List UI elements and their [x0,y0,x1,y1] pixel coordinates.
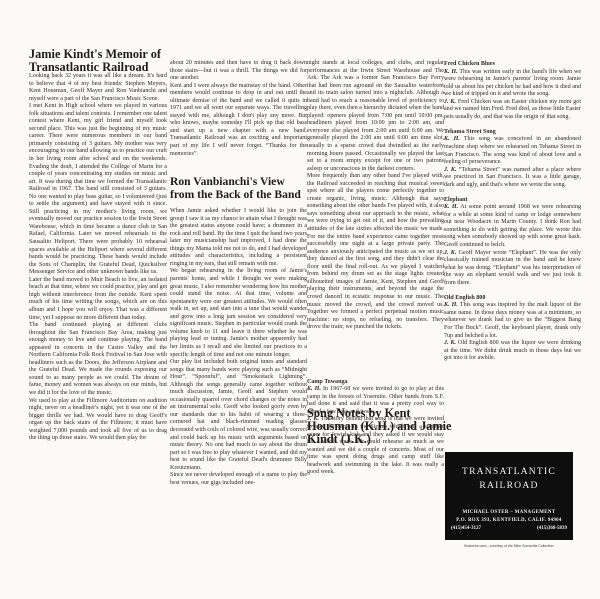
memoir-paragraph: We used to play at the Fillmore Auditori… [29,398,167,443]
memoir-paragraph: I met Kent in High school where we playe… [29,103,167,277]
author-initials: K. H. [307,386,321,392]
card-manager: MICHAEL OSTER – MANAGEMENT [445,510,573,515]
memoir-paragraph: The band continued playing at different … [29,322,167,397]
song-note: J. K. Geoff Mayer wrote “Elephant”. He w… [444,250,581,288]
view-paragraph: Our play list included both original tun… [170,359,307,472]
author-initials: J. K. [444,167,456,173]
card-phone-1: (415)454-3127 [451,526,481,531]
song-notes-heading: Song Notes by Kent Housman (K.H.) and Ja… [307,407,452,446]
note-text: Geoff Mayer wrote “Elephant”. He was the… [444,250,581,286]
song-note: J. K. Old English 800 was the liquor we … [444,340,581,363]
song-title: Tehama Street Song [444,129,581,137]
song-note: J. K. “Tehama Street” was named after a … [444,167,581,190]
author-initials: K. H. [444,69,458,75]
liner-notes-page: Jamie Kindt's Memoir of Transatlantic Ra… [0,0,600,599]
column-2: about 20 minutes and then have to drag i… [170,60,307,487]
memoir-paragraph: Later the band moved to Muir Beach to li… [29,277,167,322]
spacer [444,121,581,129]
song-title: Elephant [444,197,581,205]
note-text: Old English 800 was the liquor we were d… [444,340,581,361]
view-paragraph: We began rehearsing in the living room o… [170,268,307,359]
view-paragraph: night stands at local colleges, and club… [307,60,444,173]
memoir-paragraph: about 20 minutes and then have to drag i… [170,60,307,83]
card-phone-2: (415)368-5839 [537,526,567,531]
song-note: K. H. This was written early in the band… [444,69,581,99]
song-note: J. K. Fred Chicken was an Easter chicken… [444,99,581,122]
column-1: Looking back 32 years it was all like a … [29,73,167,443]
memoir-paragraph: Looking back 32 years it was all like a … [29,73,167,103]
business-card: TRANSATLANTIC RAILROAD MICHAEL OSTER – M… [445,452,573,540]
column-4: Fred Chicken Blues K. H. This was writte… [444,61,581,363]
note-text: This song was inspired by the malt liquo… [444,302,581,338]
memoir-paragraph: Kent and I were always the mainstay of t… [170,83,307,158]
song-title: Camp Towanga [307,379,444,387]
note-text: Fred Chicken was an Easter chicken my mo… [444,99,581,120]
section-gap [307,332,444,379]
view-paragraph: Since we never developed enough of a nam… [170,472,307,487]
card-address: P.O. BOX 393, KENTFIELD, CALIF. 94904 [445,518,573,523]
song-note: K. H. At some point around 1968 we were … [444,204,581,249]
song-note: K. H. This song was conceived in an aban… [444,136,581,166]
author-initials: J. K. [444,340,456,346]
memoir-heading: Jamie Kindt's Memoir of Transatlantic Ra… [29,48,169,74]
author-initials: K. H. [444,302,458,308]
author-initials: K. H. [444,136,460,142]
view-paragraph: More frequently than any other band I've… [307,173,444,331]
card-title-line-2: RAILROAD [445,480,573,491]
note-text: At some point around 1968 we were rehear… [444,204,581,248]
note-text: “Tehama Street” was named after a place … [444,167,581,188]
business-card-caption: Business card—courtesy of the Mike Somav… [445,544,573,548]
view-heading: Ron Vanbianchi's View from the Back of t… [170,176,310,201]
song-title: Fred Chicken Blues [444,61,581,69]
note-text: This song was conceived in an abandoned … [444,136,581,165]
note-text: This was written early in the band's lif… [444,69,581,98]
author-initials: J. K. [444,250,456,256]
view-paragraph: When Jamie asked whether I would like to… [170,208,307,268]
spacer [444,189,581,197]
card-title-line-1: TRANSATLANTIC [445,466,573,477]
author-initials: J. K. [444,99,456,105]
author-initials: K. H. [444,204,458,210]
song-note: K. H. This song was inspired by the malt… [444,302,581,340]
spacer [444,287,581,295]
